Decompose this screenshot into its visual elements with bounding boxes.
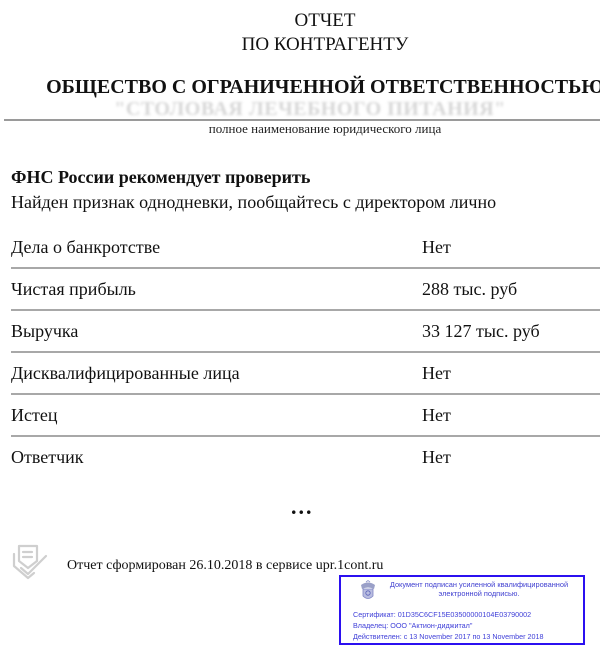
company-name: ОБЩЕСТВО С ОГРАНИЧЕННОЙ ОТВЕТСТВЕННОСТЬЮ: [0, 75, 600, 99]
row-label: Дисквалифицированные лица: [11, 362, 240, 384]
row-value: Нет: [422, 446, 451, 468]
table-row: Чистая прибыль 288 тыс. руб: [11, 269, 600, 311]
electronic-signature-stamp: Документ подписан усиленной квалифициров…: [339, 575, 585, 645]
table-row: Дисквалифицированные лица Нет: [11, 353, 600, 395]
counterparty-summary-table: Дела о банкротстве Нет Чистая прибыль 28…: [11, 227, 600, 479]
company-name-caption: полное наименование юридического лица: [0, 121, 600, 137]
signature-validity: Действителен: с 13 November 2017 по 13 N…: [353, 632, 543, 641]
row-value: Нет: [422, 236, 451, 258]
row-label: Истец: [11, 404, 57, 426]
row-label: Чистая прибыль: [11, 278, 136, 300]
report-title: ОТЧЕТ: [0, 10, 600, 32]
row-value: Нет: [422, 362, 451, 384]
signature-heading: Документ подписан усиленной квалифициров…: [381, 580, 577, 598]
recommendation-title: ФНС России рекомендует проверить: [11, 166, 310, 188]
report-subtitle: ПО КОНТРАГЕНТУ: [0, 34, 600, 56]
row-label: Ответчик: [11, 446, 84, 468]
row-label: Выручка: [11, 320, 78, 342]
signature-owner: Владелец: ООО "Актион-диджитал": [353, 621, 472, 630]
table-row: Дела о банкротстве Нет: [11, 227, 600, 269]
table-row: Истец Нет: [11, 395, 600, 437]
recommendation-text: Найден признак однодневки, пообщайтесь с…: [11, 191, 496, 213]
more-content-ellipsis: ...: [291, 496, 314, 518]
row-value: 33 127 тыс. руб: [422, 320, 540, 342]
fns-emblem-icon: [358, 580, 378, 602]
row-value: 288 тыс. руб: [422, 278, 517, 300]
report-generated-note: Отчет сформирован 26.10.2018 в сервисе u…: [67, 557, 383, 575]
row-value: Нет: [422, 404, 451, 426]
signature-certificate: Сертификат: 01D35C6CF15E03500000104E0379…: [353, 610, 531, 619]
company-name-line2: "СТОЛОВАЯ ЛЕЧЕБНОГО ПИТАНИЯ": [0, 97, 600, 121]
table-row: Выручка 33 127 тыс. руб: [11, 311, 600, 353]
shield-check-document-icon: [10, 542, 50, 582]
table-row: Ответчик Нет: [11, 437, 600, 479]
row-label: Дела о банкротстве: [11, 236, 160, 258]
